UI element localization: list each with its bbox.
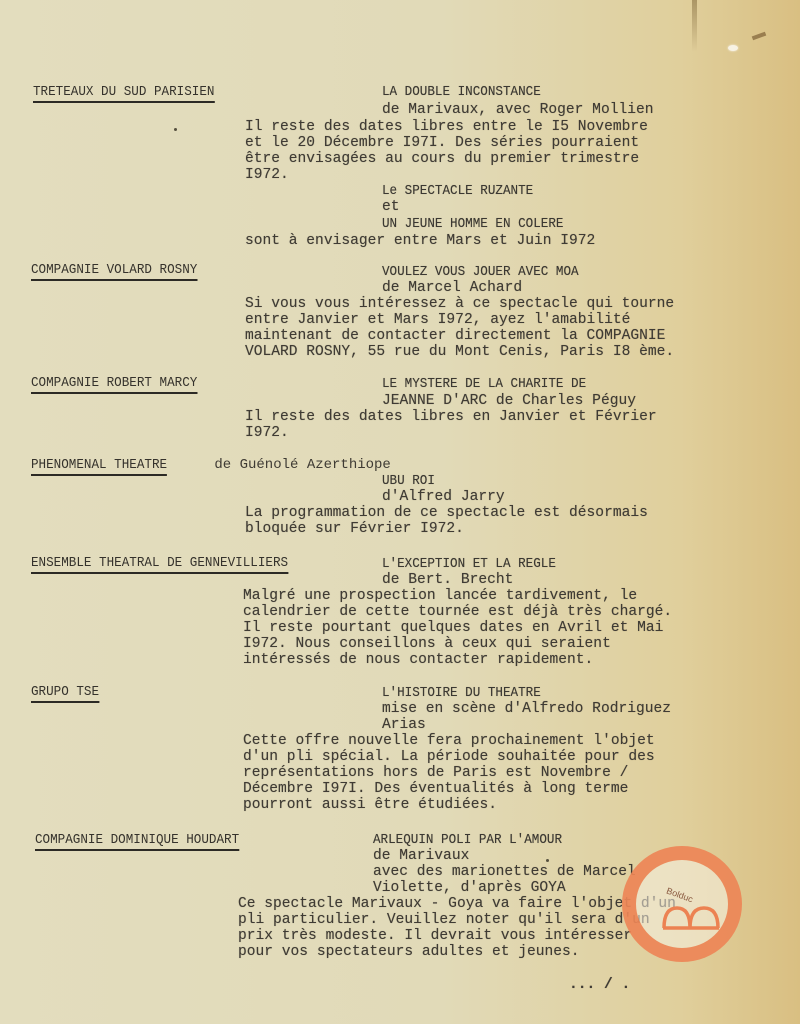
body-line: pour vos spectateurs adultes et jeunes.: [238, 944, 580, 960]
paper-tear: [752, 32, 767, 41]
body-line: et le 20 Décembre I97I. Des séries pourr…: [245, 135, 639, 151]
body-line: pli particulier. Veuillez noter qu'il se…: [238, 912, 650, 928]
show-title: Le SPECTACLE RUZANTE: [382, 183, 533, 199]
show-title: L'EXCEPTION ET LA REGLE: [382, 556, 556, 572]
body-line: Malgré une prospection lancée tardivemen…: [243, 588, 637, 604]
show-title: LA DOUBLE INCONSTANCE: [382, 84, 541, 100]
library-stamp: Bolduc: [622, 846, 742, 962]
company-heading: COMPAGNIE ROBERT MARCY: [31, 375, 197, 394]
body-line: prix très modeste. Il devrait vous intér…: [238, 928, 632, 944]
body-line: Il reste des dates libres en Janvier et …: [245, 409, 657, 425]
body-line: représentations hors de Paris est Novemb…: [243, 765, 628, 781]
body-line: Ce spectacle Marivaux - Goya va faire l'…: [238, 896, 676, 912]
company-heading: COMPAGNIE DOMINIQUE HOUDART: [35, 832, 239, 851]
body-line: bloquée sur Février I972.: [245, 521, 464, 537]
body-line: I972.: [245, 425, 289, 441]
show-author: JEANNE D'ARC de Charles Péguy: [382, 393, 636, 409]
body-line: Il reste pourtant quelques dates en Avri…: [243, 620, 663, 636]
show-title: ARLEQUIN POLI PAR L'AMOUR: [373, 832, 562, 848]
paper-hole: [728, 45, 738, 51]
show-director: Arias: [382, 717, 426, 733]
body-line: maintenant de contacter directement la C…: [245, 328, 665, 344]
show-title: L'HISTOIRE DU THEATRE: [382, 685, 541, 701]
show-title: VOULEZ VOUS JOUER AVEC MOA: [382, 264, 579, 280]
company-director: de Guénolé Azerthiope: [206, 457, 391, 473]
show-title-connector: et: [382, 199, 400, 215]
company-heading: ENSEMBLE THEATRAL DE GENNEVILLIERS: [31, 555, 288, 574]
stamp-logo-icon: [662, 906, 720, 930]
body-line: sont à envisager entre Mars et Juin I972: [245, 233, 595, 249]
body-line: être envisagées au cours du premier trim…: [245, 151, 639, 167]
show-title: UBU ROI: [382, 473, 435, 489]
show-title: UN JEUNE HOMME EN COLERE: [382, 216, 563, 232]
show-author: de Marivaux, avec Roger Mollien: [382, 102, 654, 118]
body-line: I972. Nous conseillons à ceux qui seraie…: [243, 636, 611, 652]
body-line: Il reste des dates libres entre le I5 No…: [245, 119, 648, 135]
body-line: d'un pli spécial. La période souhaitée p…: [243, 749, 655, 765]
body-line: VOLARD ROSNY, 55 rue du Mont Cenis, Pari…: [245, 344, 674, 360]
body-line: calendrier de cette tournée est déjà trè…: [243, 604, 672, 620]
show-credit: Violette, d'après GOYA: [373, 880, 566, 896]
show-credit: avec des marionettes de Marcel: [373, 864, 636, 880]
body-line: Si vous vous intéressez à ce spectacle q…: [245, 296, 674, 312]
body-line: pourront aussi être étudiées.: [243, 797, 497, 813]
show-author: de Bert. Brecht: [382, 572, 513, 588]
paper-crease: [692, 0, 697, 52]
show-author: d'Alfred Jarry: [382, 489, 505, 505]
stray-dot: [174, 128, 177, 131]
show-author: de Marcel Achard: [382, 280, 522, 296]
body-line: La programmation de ce spectacle est dés…: [245, 505, 648, 521]
show-director: mise en scène d'Alfredo Rodriguez: [382, 701, 671, 717]
body-line: I972.: [245, 167, 289, 183]
body-line: Cette offre nouvelle fera prochainement …: [243, 733, 655, 749]
stamp-label: Bolduc: [665, 886, 694, 905]
body-line: Décembre I97I. Des éventualités à long t…: [243, 781, 628, 797]
company-heading: PHENOMENAL THEATRE: [31, 457, 167, 476]
show-title: LE MYSTERE DE LA CHARITE DE: [382, 376, 586, 392]
company-heading: TRETEAUX DU SUD PARISIEN: [33, 84, 214, 103]
company-heading: GRUPO TSE: [31, 684, 99, 703]
stray-dot: [546, 859, 549, 862]
body-line: intéressés de nous contacter rapidement.: [243, 652, 593, 668]
continuation-mark: ... / .: [569, 977, 630, 993]
show-author: de Marivaux: [373, 848, 469, 864]
typed-document-page: TRETEAUX DU SUD PARISIEN LA DOUBLE INCON…: [0, 0, 800, 1024]
body-line: entre Janvier et Mars I972, ayez l'amabi…: [245, 312, 630, 328]
company-heading: COMPAGNIE VOLARD ROSNY: [31, 262, 197, 281]
